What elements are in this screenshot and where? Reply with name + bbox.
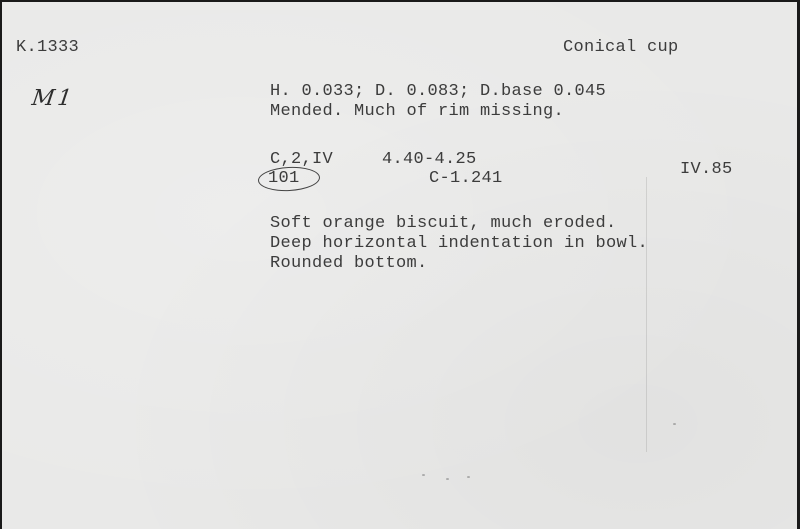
date: IV.85: [680, 160, 733, 180]
paper-speck: [422, 474, 425, 476]
faint-fold-line: [646, 177, 647, 452]
object-name: Conical cup: [563, 38, 679, 58]
description-line-2: Deep horizontal indentation in bowl.: [270, 234, 648, 254]
lot-number: 101: [268, 169, 300, 189]
catalog-card: K.1333 M1 Conical cup H. 0.033; D. 0.083…: [2, 2, 797, 529]
paper-speck: [467, 476, 470, 478]
dimensions: H. 0.033; D. 0.083; D.base 0.045: [270, 82, 606, 102]
photo-reference: C-1.241: [429, 169, 503, 189]
handwritten-mark: M1: [30, 86, 76, 111]
paper-speck: [446, 478, 449, 480]
catalog-number: K.1333: [16, 38, 79, 58]
condition: Mended. Much of rim missing.: [270, 102, 564, 122]
description-line-1: Soft orange biscuit, much eroded.: [270, 214, 617, 234]
description-line-3: Rounded bottom.: [270, 254, 428, 274]
paper-speck: [673, 423, 676, 425]
depth: 4.40-4.25: [382, 150, 477, 170]
